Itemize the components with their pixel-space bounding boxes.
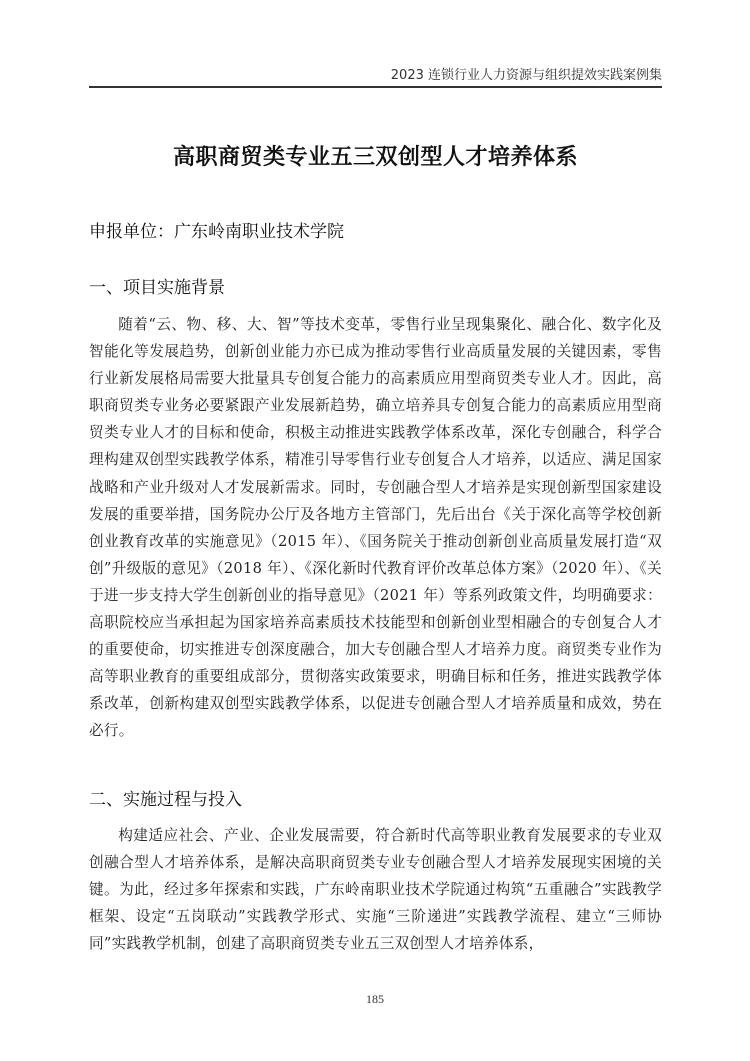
running-header: 2023 连锁行业人力资源与组织提效实践案例集 — [89, 64, 662, 83]
header-rule-divider — [89, 86, 662, 88]
page-number: 185 — [0, 992, 750, 1007]
section-paragraph-background: 随着“云、物、移、大、智”等技术变革，零售行业呈现集聚化、融合化、数字化及智能化… — [89, 311, 662, 745]
section-heading-background: 一、项目实施背景 — [89, 273, 225, 298]
document-page: 2023 连锁行业人力资源与组织提效实践案例集 高职商贸类专业五三双创型人才培养… — [0, 0, 750, 1061]
reporting-unit: 申报单位：广东岭南职业技术学院 — [89, 217, 344, 242]
section-paragraph-process: 构建适应社会、产业、企业发展需要，符合新时代高等职业教育发展要求的专业双创融合型… — [89, 822, 662, 957]
document-title: 高职商贸类专业五三双创型人才培养体系 — [89, 140, 662, 171]
section-heading-process: 二、实施过程与投入 — [89, 785, 242, 810]
